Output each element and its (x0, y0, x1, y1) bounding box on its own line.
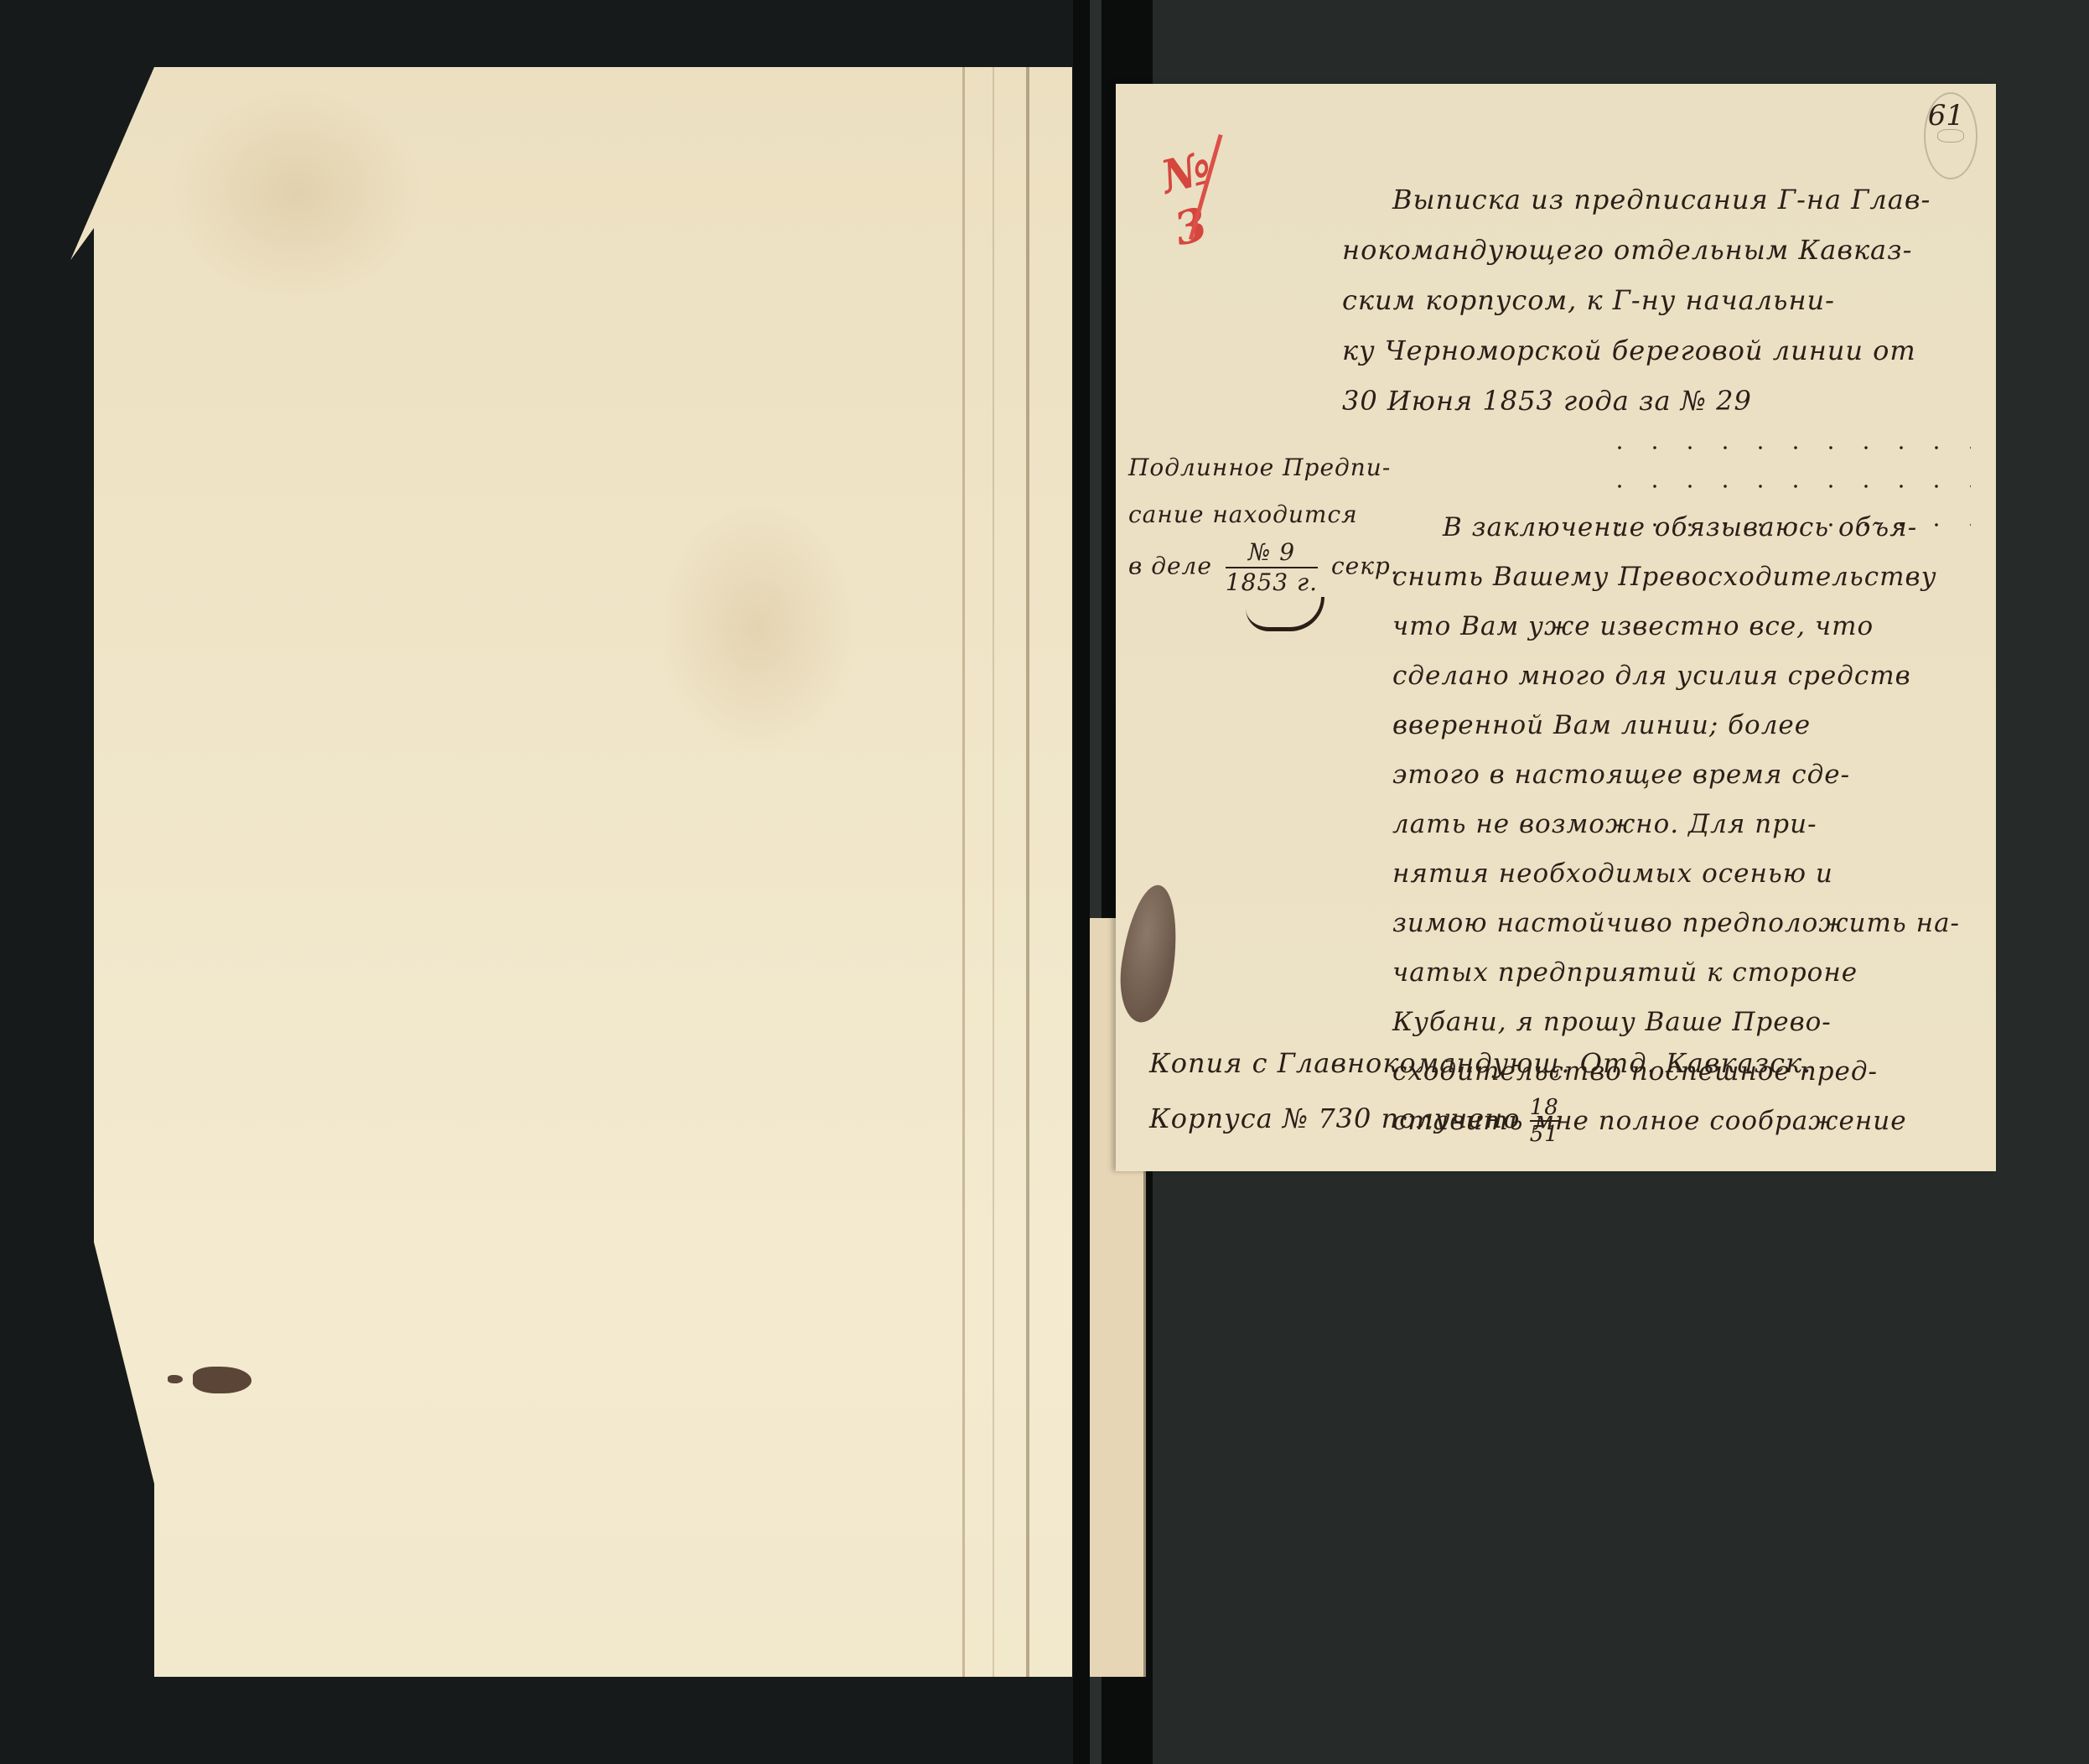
ink-blot (168, 1375, 183, 1383)
body-line: сделано много для усилия средств (1392, 651, 1971, 701)
body-line: лать не возможно. Для при- (1392, 800, 1971, 849)
brace-flourish (1246, 597, 1324, 631)
document-footer: Копия с Главнокомандующ. Отд. Кавказск. … (1149, 1035, 1979, 1147)
body-line: этого в настоящее время сде- (1392, 750, 1971, 800)
body-line: чатых предприятий к стороне (1392, 948, 1971, 998)
footer-line: Корпуса № 730 получено 18 51 (1149, 1091, 1979, 1147)
heading-line: Выписка из предписания Г-на Глав- (1342, 174, 1962, 225)
body-line: зимою настойчиво предположить на- (1392, 899, 1971, 948)
fold-crease (993, 67, 994, 1677)
heading-line: ку Черноморской береговой линии от (1342, 325, 1962, 376)
paper-stain (657, 503, 858, 755)
paper-stain (171, 84, 422, 302)
ellipsis-dots (1602, 485, 1971, 488)
received-date-fraction: 18 51 (1530, 1095, 1559, 1147)
left-folded-sheet (70, 67, 1072, 1677)
footer-line: Копия с Главнокомандующ. Отд. Кавказск. (1149, 1035, 1979, 1091)
case-number-fraction: № 9 1853 г. (1226, 538, 1318, 597)
heading-line: ским корпусом, к Г-ну начальни- (1342, 275, 1962, 325)
fold-crease (962, 67, 965, 1677)
body-line: В заключение обязываюсь объя- (1392, 503, 1971, 553)
red-pencil-mark: № 3 (1156, 136, 1243, 241)
fold-crease (1026, 67, 1029, 1677)
document-heading: Выписка из предписания Г-на Глав- нокома… (1342, 174, 1962, 426)
ellipsis-dots (1602, 446, 1971, 449)
heading-line: нокомандующего отдельным Кавказ- (1342, 225, 1962, 275)
margin-note: Подлинное Предпи- сание находится в деле… (1128, 444, 1397, 631)
body-line: снить Вашему Превосходительству (1392, 553, 1971, 602)
manuscript-page: 61 № 3 Выписка из предписания Г-на Глав-… (1116, 84, 1996, 1171)
body-line: нятия необходимых осенью и (1392, 849, 1971, 899)
folio-number: 61 (1928, 99, 1964, 132)
body-line: вверенной Вам линии; более (1392, 701, 1971, 750)
body-line: что Вам уже известно все, что (1392, 602, 1971, 651)
ink-blot (193, 1367, 251, 1393)
heading-line: 30 Июня 1853 года за № 29 (1342, 376, 1962, 426)
